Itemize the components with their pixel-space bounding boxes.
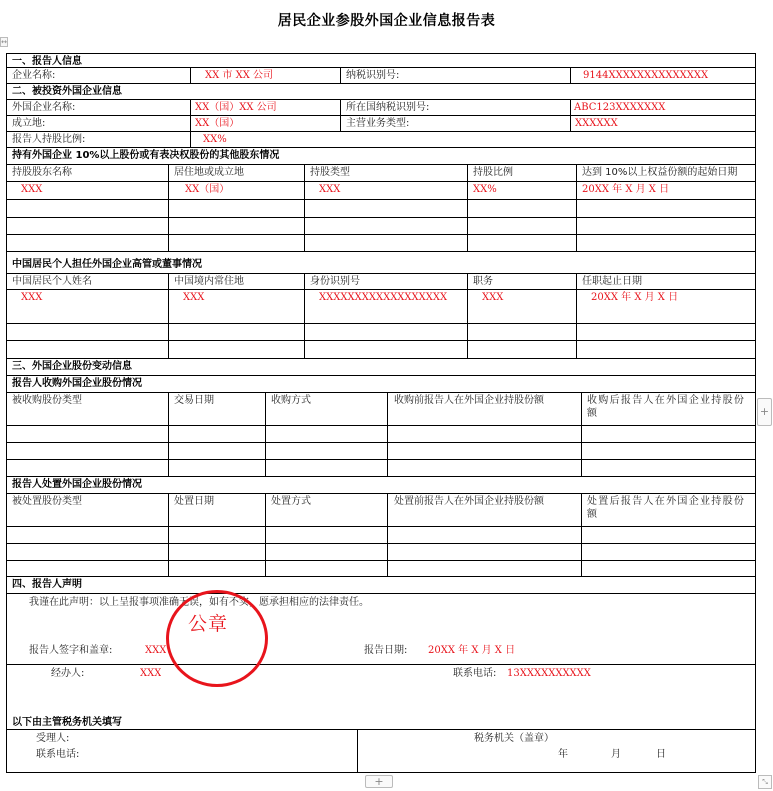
shareholder-row-cell[interactable] <box>168 218 304 234</box>
officer-row-cell[interactable]: XXX <box>168 290 304 323</box>
shareholder-row <box>7 235 755 252</box>
shareholder-row-cell[interactable] <box>168 235 304 251</box>
officer-row-cell[interactable] <box>576 324 755 340</box>
shareholders-heading-row: 持有外国企业 10%以上股份或有表决权股份的其他股东情况 <box>7 148 755 165</box>
seal-year: 年 <box>558 748 568 761</box>
dispose-row-cell[interactable] <box>387 544 581 560</box>
shareholder-row <box>7 200 755 218</box>
acquire-row-cell[interactable] <box>387 443 581 459</box>
shareholders-header-row: 持股股东名称 居住地或成立地 持股类型 持股比例 达到 10%以上权益份额的起始… <box>7 165 755 182</box>
document-title: 居民企业参股外国企业信息报告表 <box>0 10 773 30</box>
dispose-col-type: 被处置股份类型 <box>7 494 168 526</box>
acquire-row-cell[interactable] <box>387 426 581 442</box>
foreign-tax-label: 所在国纳税识别号: <box>340 100 570 115</box>
acquire-row-cell[interactable] <box>581 443 755 459</box>
shareholder-row-cell[interactable]: XXX <box>7 182 168 199</box>
foreign-name-value[interactable]: XX（国）XX 公司 <box>190 100 340 115</box>
shareholder-row-cell[interactable] <box>304 218 467 234</box>
established-row: 成立地: XX（国） 主营业务类型: XXXXXX <box>7 116 755 132</box>
shareholder-row-cell[interactable] <box>576 200 755 217</box>
acquire-col-type: 被收购股份类型 <box>7 393 168 425</box>
officers-col-title: 职务 <box>467 274 576 289</box>
add-row-button[interactable]: + <box>365 775 393 788</box>
officer-row-cell[interactable] <box>168 341 304 358</box>
dispose-row-cell[interactable] <box>265 544 387 560</box>
officer-row-cell[interactable] <box>304 341 467 358</box>
report-date-label: 报告日期: <box>364 644 407 658</box>
officer-row-cell[interactable] <box>467 324 576 340</box>
officer-row <box>7 341 755 359</box>
section1-heading-row: 一、报告人信息 <box>7 54 755 68</box>
dispose-header-row: 被处置股份类型 处置日期 处置方式 处置前报告人在外国企业持股份额 处置后报告人… <box>7 494 755 527</box>
officers-col-id: 身份识别号 <box>304 274 467 289</box>
dispose-row-cell[interactable] <box>168 561 265 576</box>
acquire-col-after: 收购后报告人在外国企业持股份额 <box>581 393 755 425</box>
officer-row <box>7 324 755 341</box>
shareholder-row-cell[interactable] <box>467 235 576 251</box>
seal-label: 税务机关（盖章） <box>474 732 554 745</box>
shareholder-row-cell[interactable]: 20XX 年 X 月 X 日 <box>576 182 755 199</box>
shareholders-col-ratio: 持股比例 <box>467 165 576 181</box>
shareholder-row-cell[interactable]: XX（国） <box>168 182 304 199</box>
dispose-row-cell[interactable] <box>7 561 168 576</box>
receiver-label: 受理人: <box>36 732 69 745</box>
dispose-col-date: 处置日期 <box>168 494 265 526</box>
officer-row-cell[interactable]: XXXXXXXXXXXXXXXXXX <box>304 290 467 323</box>
ratio-value[interactable]: XX% <box>190 132 340 147</box>
ratio-row: 报告人持股比例: XX% <box>7 132 755 148</box>
dispose-row-cell[interactable] <box>581 527 755 543</box>
section4-heading: 四、报告人声明 <box>7 577 87 593</box>
acquire-row <box>7 426 755 443</box>
dispose-col-method: 处置方式 <box>265 494 387 526</box>
dispose-row <box>7 561 755 577</box>
dispose-row-cell[interactable] <box>168 527 265 543</box>
officers-heading-row: 中国居民个人担任外国企业高管或董事情况 <box>7 257 755 274</box>
officer-row-cell[interactable]: XXX <box>7 290 168 323</box>
shareholders-col-type: 持股类型 <box>304 165 467 181</box>
phone-label: 联系电话: <box>453 667 496 681</box>
dispose-row-cell[interactable] <box>7 527 168 543</box>
officer-row-cell[interactable] <box>304 324 467 340</box>
section2-heading-row: 二、被投资外国企业信息 <box>7 84 755 100</box>
acquire-heading: 报告人收购外国企业股份情况 <box>7 376 147 392</box>
officers-heading: 中国居民个人担任外国企业高管或董事情况 <box>7 257 207 273</box>
company-row: 企业名称: XX 市 XX 公司 纳税识别号: 9144XXXXXXXXXXXX… <box>7 68 755 84</box>
business-value[interactable]: XXXXXX <box>570 116 755 131</box>
officer-row-cell[interactable]: 20XX 年 X 月 X 日 <box>576 290 755 323</box>
shareholders-col-residence: 居住地或成立地 <box>168 165 304 181</box>
acquire-row-cell[interactable] <box>387 460 581 476</box>
dispose-row-cell[interactable] <box>581 544 755 560</box>
receiver-phone-label: 联系电话: <box>36 748 79 761</box>
officer-row-cell[interactable] <box>7 341 168 358</box>
dispose-row <box>7 544 755 561</box>
acquire-row-cell[interactable] <box>7 426 168 442</box>
official-seal-circle <box>166 590 268 687</box>
acquire-heading-row: 报告人收购外国企业股份情况 <box>7 376 755 393</box>
tax-authority-heading: 以下由主管税务机关填写 <box>7 715 127 729</box>
handler-label: 经办人: <box>51 667 84 681</box>
acquire-row-cell[interactable] <box>168 443 265 459</box>
acquire-row-cell[interactable] <box>7 443 168 459</box>
company-name-label: 企业名称: <box>7 68 190 83</box>
shareholder-row-cell[interactable] <box>576 218 755 234</box>
handler-section: 经办人: XXX 联系电话: 13XXXXXXXXXX 以下由主管税务机关填写 <box>7 665 755 730</box>
section3-heading: 三、外国企业股份变动信息 <box>7 359 137 375</box>
dispose-row-cell[interactable] <box>387 561 581 576</box>
shareholder-row-cell[interactable] <box>168 200 304 217</box>
signature-label: 报告人签字和盖章: <box>29 644 112 658</box>
acquire-row-cell[interactable] <box>168 426 265 442</box>
officer-row-cell[interactable] <box>168 324 304 340</box>
officer-row-cell[interactable] <box>576 341 755 358</box>
seal-cell: 税务机关（盖章） 年 月 日 <box>357 730 755 772</box>
acquire-row-cell[interactable] <box>7 460 168 476</box>
declaration-row: 我谨在此声明：以上呈报事项准确无误，如有不实，愿承担相应的法律责任。 报告人签字… <box>7 594 755 665</box>
officer-row: XXXXXXXXXXXXXXXXXXXXXXXXXXX20XX 年 X 月 X … <box>7 290 755 324</box>
shareholder-row: XXXXX（国）XXXXX%20XX 年 X 月 X 日 <box>7 182 755 200</box>
dispose-col-after: 处置后报告人在外国企业持股份额 <box>581 494 755 526</box>
acquire-row-cell[interactable] <box>581 460 755 476</box>
shareholder-row-cell[interactable]: XXX <box>304 182 467 199</box>
seal-day: 日 <box>656 748 666 761</box>
seal-month: 月 <box>611 748 621 761</box>
add-column-button[interactable]: + <box>757 398 772 426</box>
dispose-row-cell[interactable] <box>265 561 387 576</box>
report-date-value[interactable]: 20XX 年 X 月 X 日 <box>428 644 515 658</box>
officers-col-residence: 中国境内常住地 <box>168 274 304 289</box>
table-move-handle[interactable]: ↔ <box>0 37 8 47</box>
phone-value[interactable]: 13XXXXXXXXXX <box>507 667 591 681</box>
officer-row-cell[interactable] <box>467 341 576 358</box>
dispose-row-cell[interactable] <box>581 561 755 576</box>
shareholder-row <box>7 218 755 235</box>
shareholders-col-name: 持股股东名称 <box>7 165 168 181</box>
acquire-row-cell[interactable] <box>168 460 265 476</box>
shareholder-row-cell[interactable] <box>576 235 755 251</box>
acquire-col-before: 收购前报告人在外国企业持股份额 <box>387 393 581 425</box>
receiver-cell: 受理人: 联系电话: <box>7 730 357 772</box>
acquire-header-row: 被收购股份类型 交易日期 收购方式 收购前报告人在外国企业持股份额 收购后报告人… <box>7 393 755 426</box>
section2-heading: 二、被投资外国企业信息 <box>7 84 127 99</box>
shareholder-row-cell[interactable] <box>467 218 576 234</box>
dispose-col-before: 处置前报告人在外国企业持股份额 <box>387 494 581 526</box>
established-value[interactable]: XX（国） <box>190 116 340 131</box>
ratio-label: 报告人持股比例: <box>7 132 190 147</box>
foreign-name-row: 外国企业名称: XX（国）XX 公司 所在国纳税识别号: ABC123XXXXX… <box>7 100 755 116</box>
dispose-row-cell[interactable] <box>168 544 265 560</box>
shareholders-heading: 持有外国企业 10%以上股份或有表决权股份的其他股东情况 <box>7 148 284 164</box>
dispose-row-cell[interactable] <box>7 544 168 560</box>
company-name-value[interactable]: XX 市 XX 公司 <box>190 68 340 83</box>
acquire-row-cell[interactable] <box>265 426 387 442</box>
officer-row-cell[interactable] <box>7 324 168 340</box>
table-resize-handle[interactable]: ⤡ <box>758 775 772 789</box>
established-label: 成立地: <box>7 116 190 131</box>
section3-heading-row: 三、外国企业股份变动信息 <box>7 359 755 376</box>
foreign-name-label: 外国企业名称: <box>7 100 190 115</box>
tax-id-value[interactable]: 9144XXXXXXXXXXXXXX <box>570 68 755 83</box>
shareholder-row-cell[interactable]: XX% <box>467 182 576 199</box>
shareholder-row-cell[interactable] <box>467 200 576 217</box>
shareholders-col-date: 达到 10%以上权益份额的起始日期 <box>576 165 755 181</box>
officers-col-period: 任职起止日期 <box>576 274 755 289</box>
dispose-row-cell[interactable] <box>387 527 581 543</box>
acquire-row-cell[interactable] <box>265 443 387 459</box>
officers-col-name: 中国居民个人姓名 <box>7 274 168 289</box>
shareholder-row-cell[interactable] <box>7 218 168 234</box>
acquire-col-date: 交易日期 <box>168 393 265 425</box>
official-seal-text: 公章 <box>188 609 228 636</box>
report-table: 一、报告人信息 企业名称: XX 市 XX 公司 纳税识别号: 9144XXXX… <box>6 53 756 773</box>
section4-heading-row: 四、报告人声明 <box>7 577 755 594</box>
shareholder-row-cell[interactable] <box>304 200 467 217</box>
acquire-row-cell[interactable] <box>265 460 387 476</box>
acquire-row-cell[interactable] <box>581 426 755 442</box>
dispose-heading-row: 报告人处置外国企业股份情况 <box>7 477 755 494</box>
dispose-heading: 报告人处置外国企业股份情况 <box>7 477 147 493</box>
business-label: 主营业务类型: <box>340 116 570 131</box>
acquire-col-method: 收购方式 <box>265 393 387 425</box>
acquire-row <box>7 443 755 460</box>
signature-value[interactable]: XXX <box>145 644 166 658</box>
officers-header-row: 中国居民个人姓名 中国境内常住地 身份识别号 职务 任职起止日期 <box>7 274 755 290</box>
shareholder-row-cell[interactable] <box>304 235 467 251</box>
foreign-tax-value[interactable]: ABC123XXXXXXX <box>570 100 755 115</box>
dispose-row-cell[interactable] <box>265 527 387 543</box>
dispose-row <box>7 527 755 544</box>
handler-value[interactable]: XXX <box>140 667 161 681</box>
shareholder-row-cell[interactable] <box>7 200 168 217</box>
tax-authority-row: 受理人: 联系电话: 税务机关（盖章） 年 月 日 <box>7 730 755 772</box>
section1-heading: 一、报告人信息 <box>7 54 87 67</box>
officer-row-cell[interactable]: XXX <box>467 290 576 323</box>
tax-id-label: 纳税识别号: <box>340 68 570 83</box>
shareholder-row-cell[interactable] <box>7 235 168 251</box>
acquire-row <box>7 460 755 477</box>
